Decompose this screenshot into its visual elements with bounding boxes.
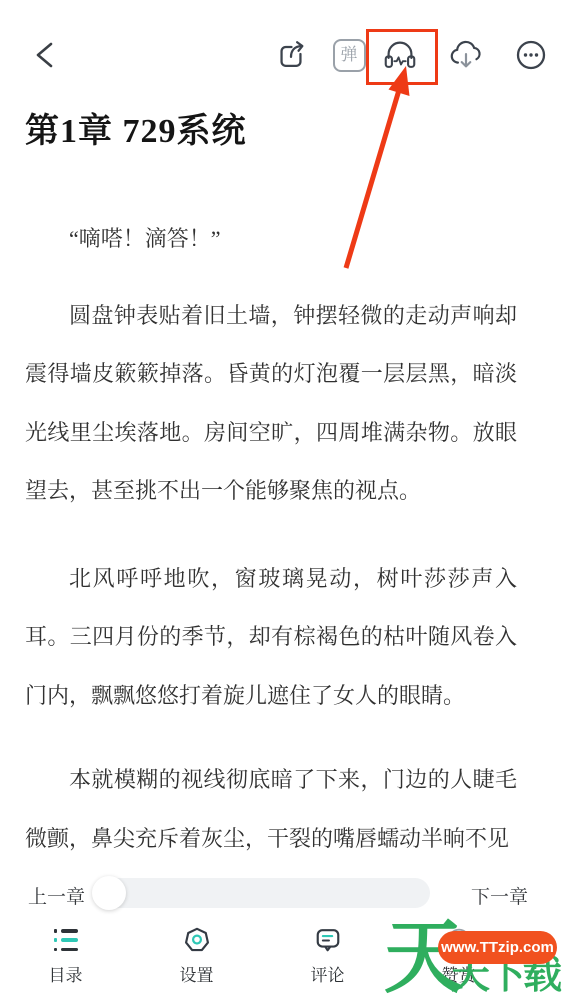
tab-reward[interactable]: 赞赏 xyxy=(393,922,524,1002)
tab-label: 目录 xyxy=(49,961,83,986)
top-toolbar: 弹 xyxy=(0,0,564,92)
tab-settings[interactable]: 设置 xyxy=(131,922,262,1002)
paragraph: 本就模糊的视线彻底暗了下来，门边的人睫毛微颤，鼻尖充斥着灰尘，干裂的嘴唇蠕动半晌… xyxy=(25,751,517,868)
back-icon[interactable] xyxy=(32,40,58,70)
prev-chapter-button[interactable]: 上一章 xyxy=(28,882,85,909)
paragraph: 北风呼呼地吹，窗玻璃晃动，树叶莎莎声入耳。三四月份的季节，却有棕褐色的枯叶随风卷… xyxy=(25,550,517,726)
progress-slider-thumb[interactable] xyxy=(92,876,126,910)
share-icon[interactable] xyxy=(272,36,310,74)
comments-icon xyxy=(314,926,342,954)
progress-slider[interactable] xyxy=(93,878,430,908)
paragraph: “嘀嗒！滴答！” xyxy=(25,210,517,269)
tab-comments[interactable]: 评论 xyxy=(262,922,393,1002)
more-options-icon[interactable] xyxy=(512,36,550,74)
chapter-body: “嘀嗒！滴答！” 圆盘钟表贴着旧土墙，钟摆轻微的走动声响却震得墙皮簌簌掉落。昏黄… xyxy=(25,210,517,870)
paragraph: 圆盘钟表贴着旧土墙，钟摆轻微的走动声响却震得墙皮簌簌掉落。昏黄的灯泡覆一层层黑，… xyxy=(25,287,517,521)
chapter-pager: 上一章 下一章 xyxy=(0,874,564,916)
tab-label: 赞赏 xyxy=(442,961,476,986)
danmaku-toggle-icon[interactable]: 弹 xyxy=(330,36,368,74)
cloud-download-icon[interactable] xyxy=(447,36,485,74)
chapter-title: 第1章 729系统 xyxy=(25,103,525,152)
tab-label: 评论 xyxy=(311,961,345,986)
settings-icon xyxy=(183,926,211,954)
annotation-highlight-box xyxy=(366,29,438,85)
reward-icon xyxy=(445,926,473,954)
bottom-tabbar: 目录 设置 评论 赞赏 xyxy=(0,922,524,1002)
danmaku-label: 弹 xyxy=(333,39,366,72)
catalog-icon xyxy=(52,926,80,954)
tab-label: 设置 xyxy=(180,961,214,986)
tab-catalog[interactable]: 目录 xyxy=(0,922,131,1002)
next-chapter-button[interactable]: 下一章 xyxy=(471,882,528,909)
